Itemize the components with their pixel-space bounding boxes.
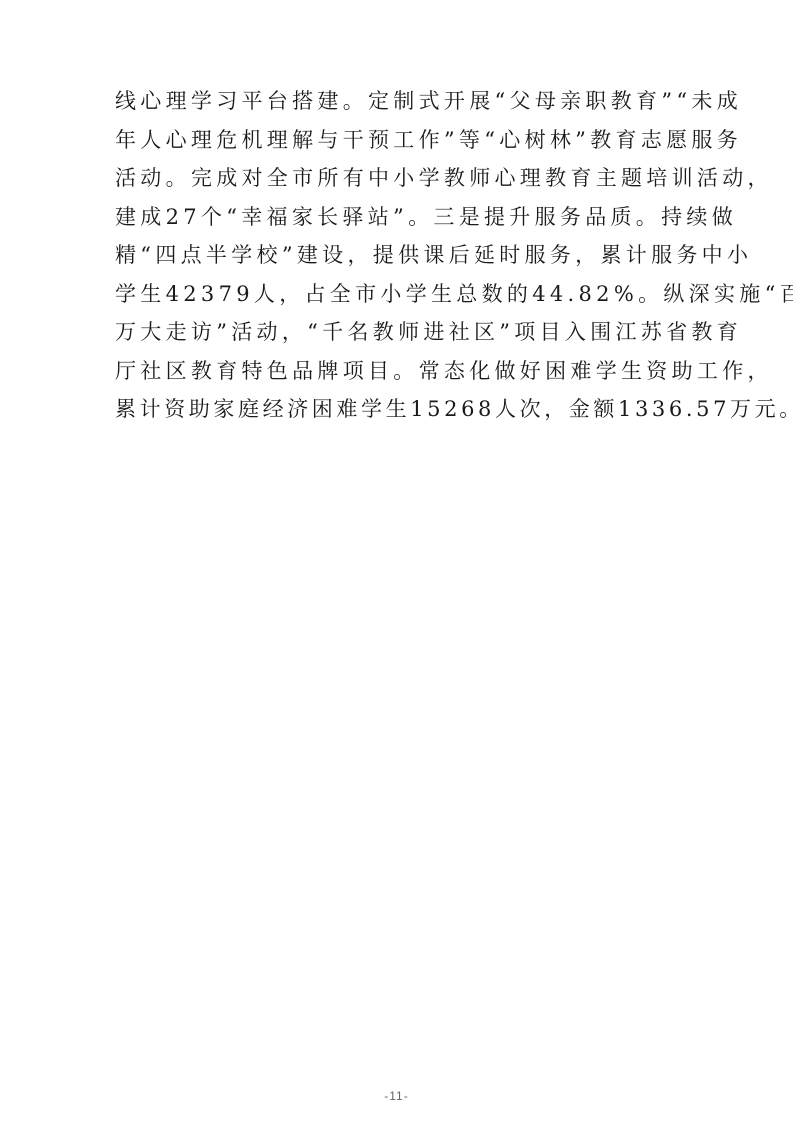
body-paragraph: 线心理学习平台搭建。定制式开展“父母亲职教育”“未成 年人心理危机理解与干预工作… xyxy=(115,82,685,429)
document-page: 线心理学习平台搭建。定制式开展“父母亲职教育”“未成 年人心理危机理解与干预工作… xyxy=(0,0,793,1122)
text-line: 活动。完成对全市所有中小学教师心理教育主题培训活动， xyxy=(115,159,685,198)
text-line: 学生42379人，占全市小学生总数的44.82%。纵深实施“百千 xyxy=(115,275,685,314)
text-line: 建成27个“幸福家长驿站”。三是提升服务品质。持续做 xyxy=(115,198,685,237)
text-line: 线心理学习平台搭建。定制式开展“父母亲职教育”“未成 xyxy=(115,82,685,121)
page-number: -11- xyxy=(0,1089,793,1103)
text-line: 累计资助家庭经济困难学生15268人次，金额1336.57万元。 xyxy=(115,390,685,429)
text-line: 厅社区教育特色品牌项目。常态化做好困难学生资助工作， xyxy=(115,352,685,391)
text-line: 万大走访”活动，“千名教师进社区”项目入围江苏省教育 xyxy=(115,313,685,352)
text-line: 年人心理危机理解与干预工作”等“心树林”教育志愿服务 xyxy=(115,121,685,160)
text-line: 精“四点半学校”建设，提供课后延时服务，累计服务中小 xyxy=(115,236,685,275)
